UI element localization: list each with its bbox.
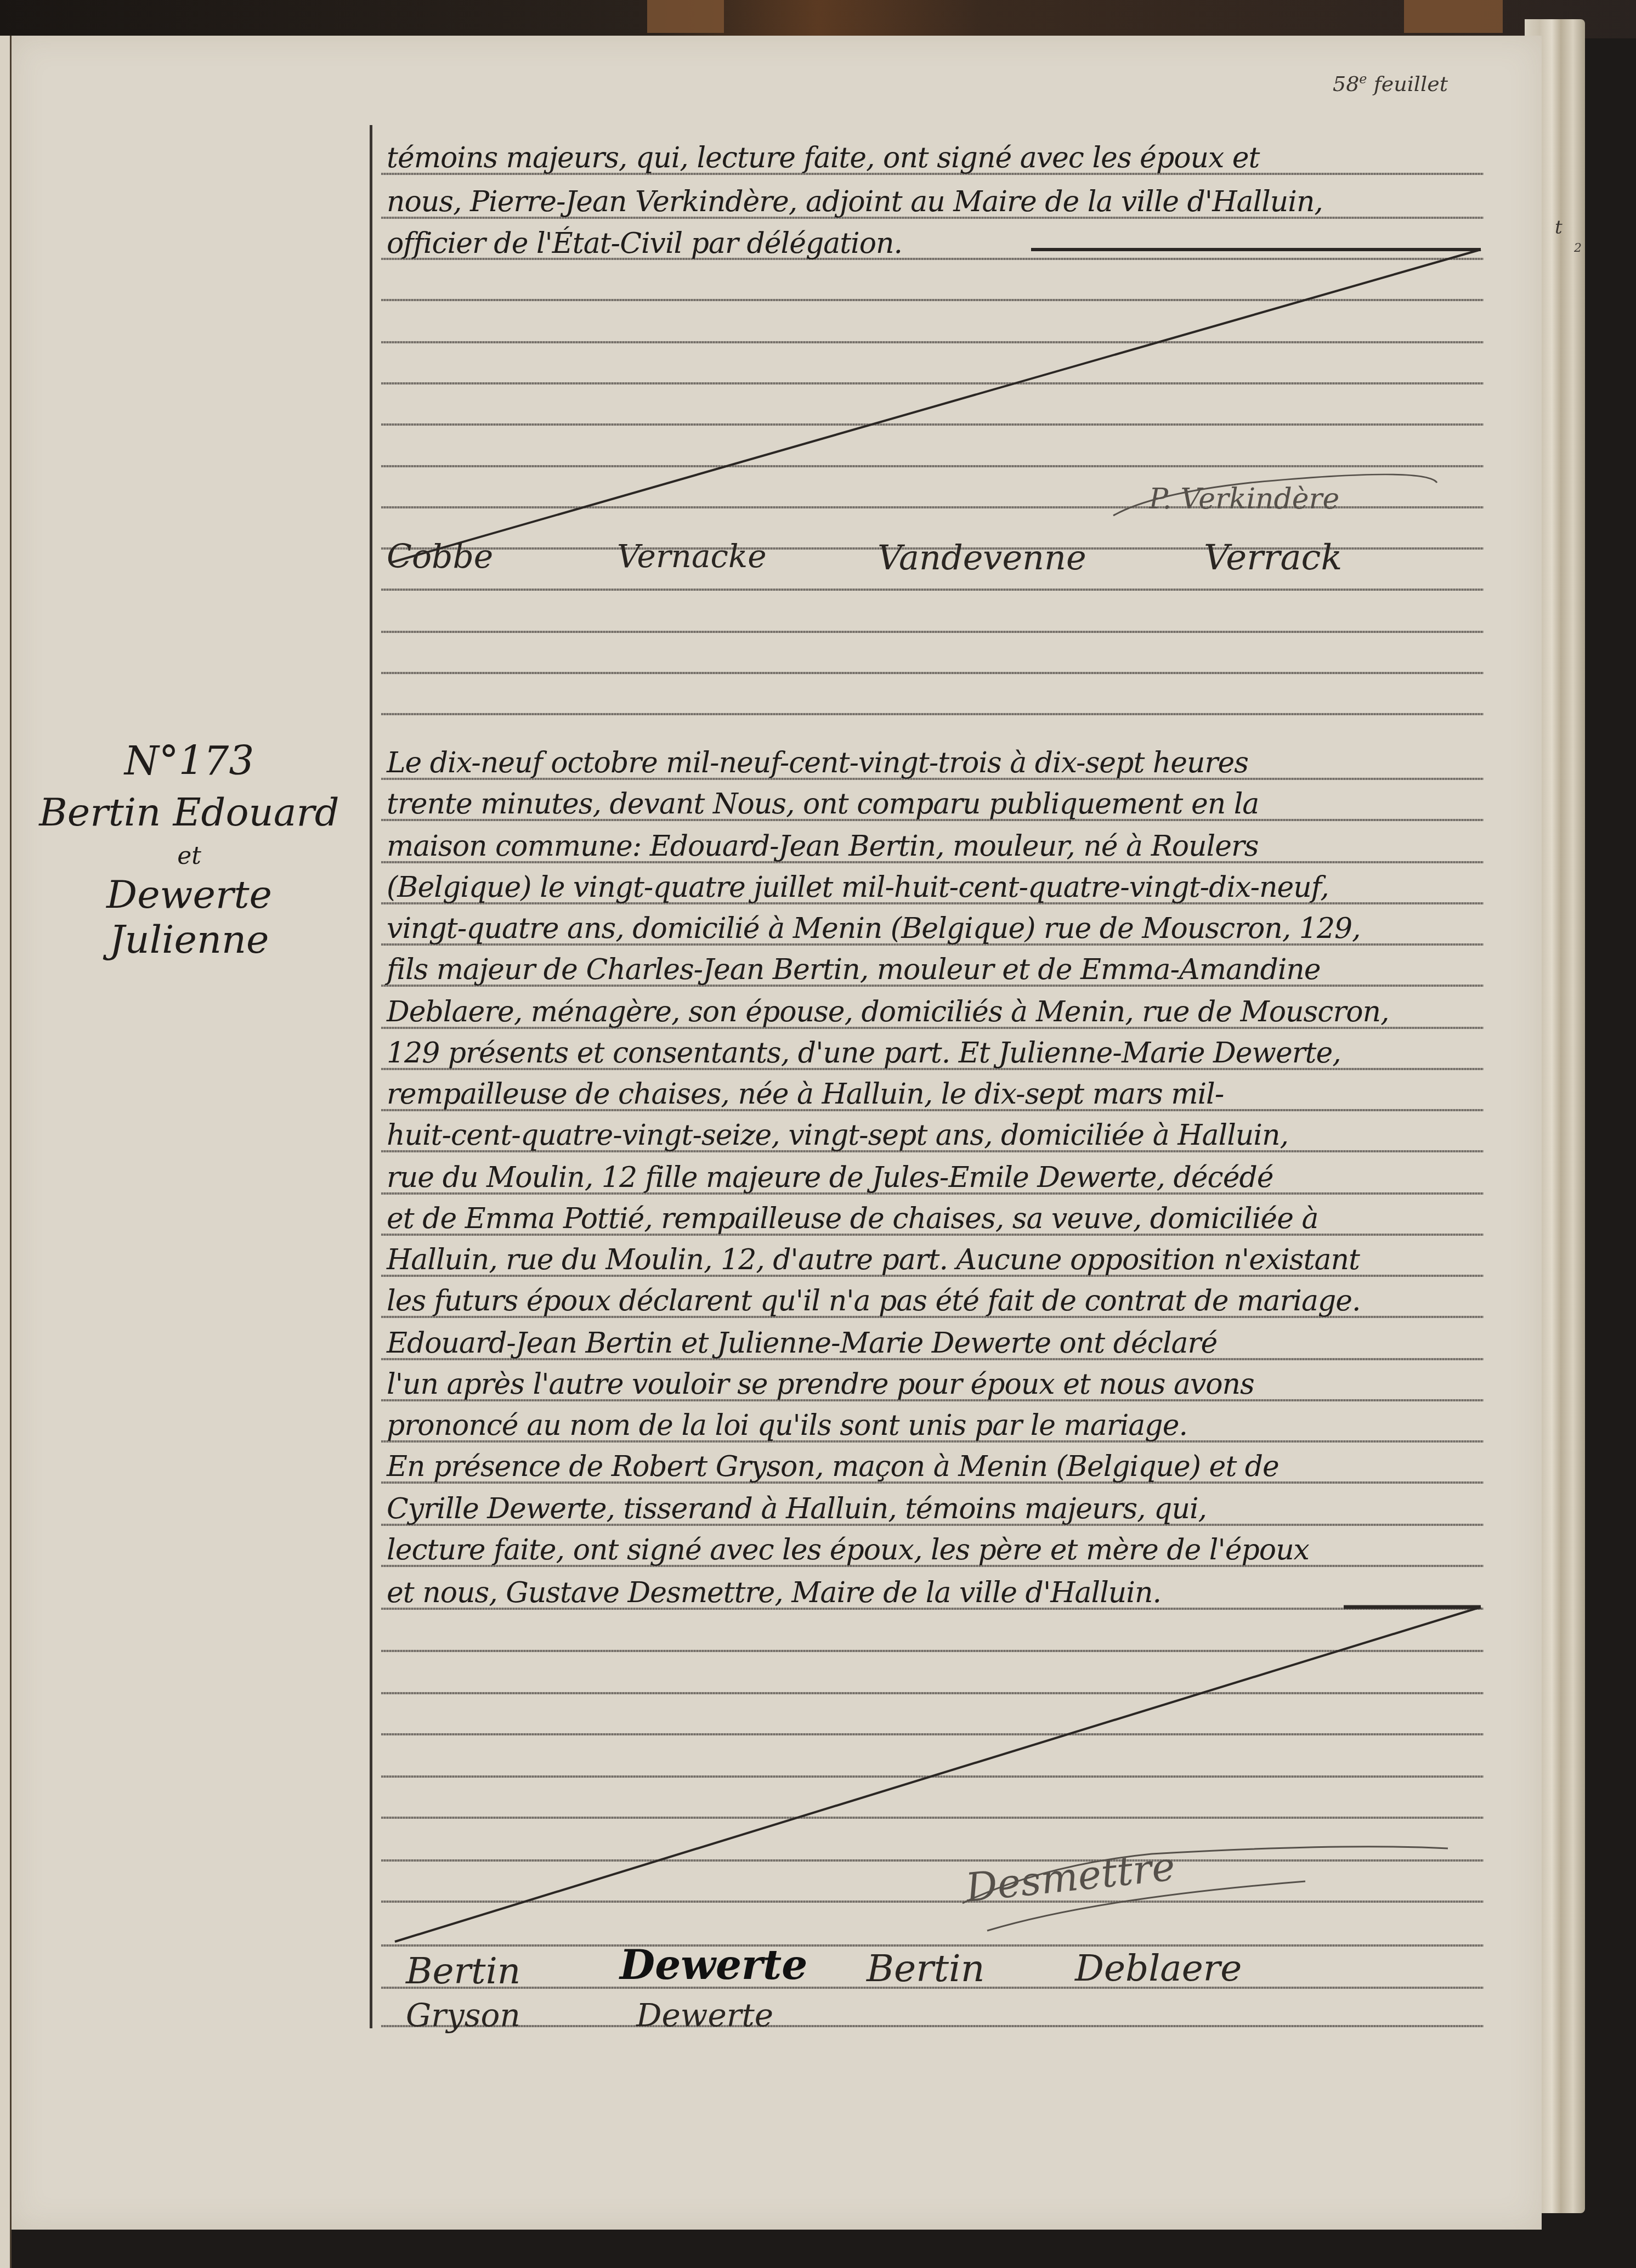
signature-mother: Deblaere [1075, 1947, 1242, 1989]
act-text-line: prononcé au nom de la loi qu'ils sont un… [387, 1411, 1484, 1440]
act-text-line: les futurs époux déclarent qu'il n'a pas… [387, 1287, 1484, 1315]
signature-witness: Vandevenne [878, 538, 1086, 578]
signature-witness: Verrack [1204, 538, 1342, 578]
act-text-line: (Belgique) le vingt-quatre juillet mil-h… [387, 873, 1484, 902]
act-text-line: Cyrille Dewerte, tisserand à Halluin, té… [387, 1495, 1484, 1523]
ruled-line [381, 1944, 1484, 1947]
signature-witness: Gryson [406, 1996, 520, 2034]
act-text-line: Le dix-neuf octobre mil-neuf-cent-vingt-… [387, 749, 1484, 777]
margin-bride-name: Dewerte Julienne [22, 872, 356, 962]
act-text-line: fils majeur de Charles-Jean Bertin, moul… [387, 955, 1484, 984]
act-number-prefix: N° [124, 738, 179, 784]
ruled-line [381, 2025, 1484, 2027]
act-text-line: rempailleuse de chaises, née à Halluin, … [387, 1080, 1484, 1108]
sheet-number-suffix: e [1359, 71, 1367, 87]
ruled-line [381, 1650, 1484, 1652]
act-text-line: lecture faite, ont signé avec les époux,… [387, 1536, 1484, 1564]
margin-rule [370, 125, 372, 2028]
ruled-line [381, 589, 1484, 591]
margin-conjunction: et [22, 842, 356, 870]
ruled-line [381, 1775, 1484, 1778]
signature-witness: Vernacke [617, 538, 767, 575]
ruled-line [381, 713, 1484, 715]
previous-act-line: officier de l'État-Civil par délégation. [387, 229, 1484, 258]
act-text-line: vingt-quatre ans, domicilié à Menin (Bel… [387, 914, 1484, 943]
act-text-line: Halluin, rue du Moulin, 12, d'autre part… [387, 1246, 1484, 1274]
act-text-line: maison commune: Edouard-Jean Bertin, mou… [387, 832, 1484, 861]
act-text-line: et nous, Gustave Desmettre, Maire de la … [387, 1579, 1484, 1607]
act-text-line: trente minutes, devant Nous, ont comparu… [387, 790, 1484, 818]
previous-act-line: nous, Pierre-Jean Verkindère, adjoint au… [387, 188, 1484, 216]
signature-bride: Dewerte [620, 1942, 807, 1989]
previous-act-line: témoins majeurs, qui, lecture faite, ont… [387, 144, 1484, 172]
ruled-line [381, 1733, 1484, 1735]
margin-groom-name: Bertin Edouard [22, 790, 356, 835]
ruled-line [381, 631, 1484, 633]
act-text-line: Deblaere, ménagère, son épouse, domicili… [387, 998, 1484, 1026]
ruled-line [381, 1859, 1484, 1862]
act-text-line: l'un après l'autre vouloir se prendre po… [387, 1370, 1484, 1399]
ruled-line [381, 423, 1484, 426]
ruled-line [381, 465, 1484, 467]
signature-officer: P. Verkindère [1149, 483, 1339, 516]
act-text-line: rue du Moulin, 12 fille majeure de Jules… [387, 1163, 1484, 1192]
cover-marbling [647, 0, 724, 33]
ruled-line [381, 672, 1484, 674]
act-text-line: 129 présents et consentants, d'une part.… [387, 1039, 1484, 1067]
ruled-line [381, 382, 1484, 384]
sheet-label: feuillet [1374, 72, 1448, 96]
ruled-line [381, 1817, 1484, 1819]
act-text-line: En présence de Robert Gryson, maçon à Me… [387, 1452, 1484, 1481]
ruled-line [381, 341, 1484, 343]
act-text-line: huit-cent-quatre-vingt-seize, vingt-sept… [387, 1121, 1484, 1150]
act-text-line: et de Emma Pottié, rempailleuse de chais… [387, 1204, 1484, 1233]
ruled-line [381, 1901, 1484, 1903]
sheet-number: 58e feuillet [1333, 71, 1448, 96]
cover-marbling [1404, 0, 1503, 33]
signature-witness: Dewerte [636, 1996, 773, 2034]
act-text-line: Edouard-Jean Bertin et Julienne-Marie De… [387, 1329, 1484, 1358]
act-number-value: 173 [179, 738, 254, 784]
ruled-line [381, 1692, 1484, 1694]
signature-groom: Bertin [406, 1950, 520, 1992]
act-number: N°173 [22, 738, 356, 784]
sheet-number-value: 58 [1333, 72, 1359, 96]
page-edge-mark: t [1555, 217, 1563, 239]
facing-page-edge [0, 36, 12, 2268]
ruled-line [381, 299, 1484, 301]
page-edge-mark: 2 [1574, 241, 1582, 255]
signature-witness: Cobbe [387, 538, 493, 576]
book-cover-top [0, 0, 1636, 38]
signature-father: Bertin [867, 1947, 985, 1990]
